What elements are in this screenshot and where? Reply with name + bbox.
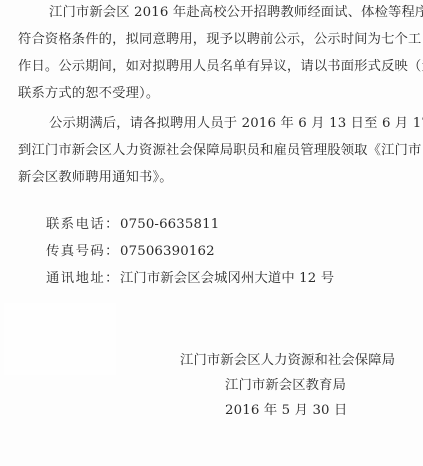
contact-fax: 传真号码：07506390162: [46, 244, 215, 260]
fax-value: 07506390162: [120, 244, 215, 259]
phone-value: 0750-6635811: [120, 217, 219, 232]
paragraph-line: 到江门市新会区人力资源社会保障局职员和雇员管理股领取《江门市: [18, 143, 421, 159]
contact-phone: 联系电话：0750-6635811: [46, 217, 219, 233]
scan-artifact: [4, 303, 116, 375]
document-page: 江门市新会区 2016 年赴高校公开招聘教师经面试、体检等程序， 符合资格条件的…: [0, 0, 423, 466]
issue-date: 2016 年 5 月 30 日: [225, 403, 348, 419]
contact-address: 通讯地址：江门市新会区会城冈州大道中 12 号: [46, 271, 334, 287]
issuer-hrss-bureau: 江门市新会区人力资源和社会保障局: [180, 353, 395, 369]
paragraph-line: 公示期满后，请各拟聘用人员于 2016 年 6 月 13 日至 6 月 17 日: [49, 116, 423, 132]
paragraph-line: 作日。公示期间，如对拟聘用人员名单有异议，请以书面形式反映（无: [18, 59, 423, 75]
paragraph-line: 新会区教师聘用通知书》。: [18, 170, 173, 186]
fax-label: 传真号码：: [46, 244, 120, 259]
issuer-education-bureau: 江门市新会区教育局: [225, 378, 346, 394]
phone-label: 联系电话：: [46, 217, 120, 232]
paragraph-line: 联系方式的恕不受理）。: [18, 86, 159, 102]
paragraph-line: 符合资格条件的，拟同意聘用，现予以聘前公示，公示时间为七个工: [18, 32, 421, 48]
paragraph-line: 江门市新会区 2016 年赴高校公开招聘教师经面试、体检等程序，: [49, 5, 423, 21]
address-value: 江门市新会区会城冈州大道中 12 号: [120, 271, 334, 286]
address-label: 通讯地址：: [46, 271, 120, 286]
